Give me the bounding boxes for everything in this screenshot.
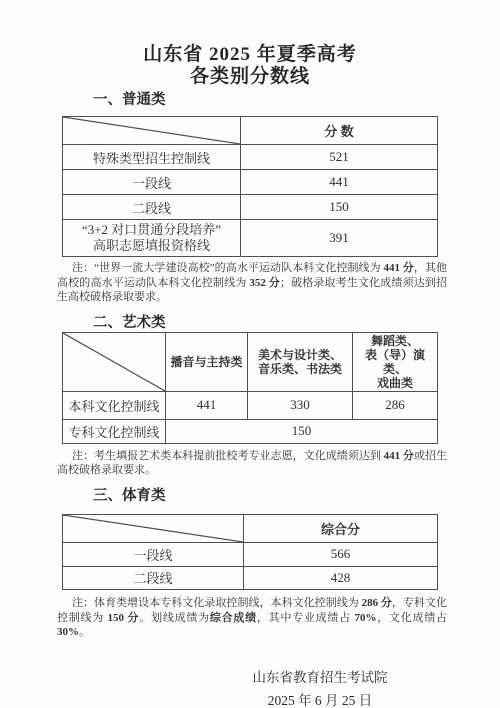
- document-title: 山东省 2025 年夏季高考 各类别分数线: [0, 44, 500, 88]
- row-value: 441: [166, 391, 248, 419]
- row-value: 521: [241, 145, 438, 170]
- column-header-fine-arts: 美术与设计类、 音乐类、书法类: [248, 332, 353, 391]
- row-value: 428: [244, 566, 438, 589]
- row-label-line-2: 高职志愿填报资格线: [65, 238, 238, 254]
- section-heading-general: 一、普通类: [93, 91, 500, 109]
- row-value: 391: [241, 220, 438, 257]
- section-heading-sports: 三、体育类: [93, 487, 500, 505]
- column-header-score: 分 数: [241, 117, 438, 145]
- diagonal-line: [63, 333, 165, 391]
- row-label: 一段线: [63, 542, 244, 566]
- table-row: 一段线 566: [63, 542, 438, 566]
- row-value-merged: 150: [166, 419, 438, 443]
- header-line: 戏曲类: [355, 376, 435, 390]
- title-line-2: 各类别分数线: [0, 66, 500, 88]
- column-header-dance: 舞蹈类、 表（导）演类、 戏曲类: [353, 332, 438, 391]
- art-score-table: 播音与主持类 美术与设计类、 音乐类、书法类 舞蹈类、 表（导）演类、 戏曲类 …: [62, 332, 438, 444]
- sports-score-table: 综合分 一段线 566 二段线 428: [62, 514, 438, 590]
- general-note: 注：“世界一流大学建设高校”的高水平运动队本科文化控制线为 441 分，其他高校…: [57, 261, 447, 305]
- header-line: 美术与设计类、: [250, 348, 350, 362]
- row-value: 330: [248, 391, 353, 419]
- general-score-table: 分 数 特殊类型招生控制线 521 一段线 441 二段线 150 “3+2 对…: [62, 116, 438, 257]
- column-header-broadcast: 播音与主持类: [166, 332, 248, 391]
- diagonal-header-cell: [63, 117, 241, 145]
- section-heading-art: 二、艺术类: [93, 314, 500, 332]
- table-header-row: 播音与主持类 美术与设计类、 音乐类、书法类 舞蹈类、 表（导）演类、 戏曲类: [63, 332, 438, 391]
- table-header-row: 综合分: [63, 514, 438, 542]
- table-row: 本科文化控制线 441 330 286: [63, 391, 438, 419]
- row-value: 441: [241, 170, 438, 195]
- table-row: 二段线 428: [63, 566, 438, 589]
- row-label: 二段线: [63, 566, 244, 589]
- table-row: “3+2 对口贯通分段培养” 高职志愿填报资格线 391: [63, 220, 438, 257]
- header-line: 舞蹈类、: [355, 334, 435, 348]
- diagonal-line: [63, 515, 243, 542]
- row-label: 特殊类型招生控制线: [63, 145, 241, 170]
- document-page: 山东省 2025 年夏季高考 各类别分数线 一、普通类 分 数 特殊类型招生控制…: [0, 0, 500, 708]
- header-line: 播音与主持类: [168, 355, 245, 369]
- row-label-line-1: “3+2 对口贯通分段培养”: [65, 222, 238, 238]
- diagonal-line: [63, 117, 240, 144]
- table-row: 二段线 150: [63, 195, 438, 220]
- table-row: 特殊类型招生控制线 521: [63, 145, 438, 170]
- row-label: 二段线: [63, 195, 241, 220]
- row-label: 一段线: [63, 170, 241, 195]
- diagonal-header-cell: [63, 332, 166, 391]
- table-row: 专科文化控制线 150: [63, 419, 438, 443]
- header-line: 音乐类、书法类: [250, 362, 350, 376]
- table-header-row: 分 数: [63, 117, 438, 145]
- issue-date: 2025 年 6 月 25 日: [140, 689, 500, 708]
- row-value: 566: [244, 542, 438, 566]
- title-line-1: 山东省 2025 年夏季高考: [0, 44, 500, 66]
- row-value: 150: [241, 195, 438, 220]
- header-line: 表（导）演类、: [355, 348, 435, 376]
- table-row: 一段线 441: [63, 170, 438, 195]
- sports-note: 注：体育类增设本专科文化录取控制线，本科文化控制线为 286 分，专科文化控制线…: [57, 596, 447, 640]
- diagonal-header-cell: [63, 514, 244, 542]
- art-note: 注：考生填报艺术类本科提前批校考专业志愿，文化成绩须达到 441 分或招生高校破…: [57, 449, 447, 478]
- row-value: 286: [353, 391, 438, 419]
- issuer-signature: 山东省教育招生考试院: [140, 666, 500, 689]
- row-label: 本科文化控制线: [63, 391, 166, 419]
- document-footer: 山东省教育招生考试院 2025 年 6 月 25 日: [140, 666, 500, 708]
- row-label: 专科文化控制线: [63, 419, 166, 443]
- row-label: “3+2 对口贯通分段培养” 高职志愿填报资格线: [63, 220, 241, 257]
- column-header-composite: 综合分: [244, 514, 438, 542]
